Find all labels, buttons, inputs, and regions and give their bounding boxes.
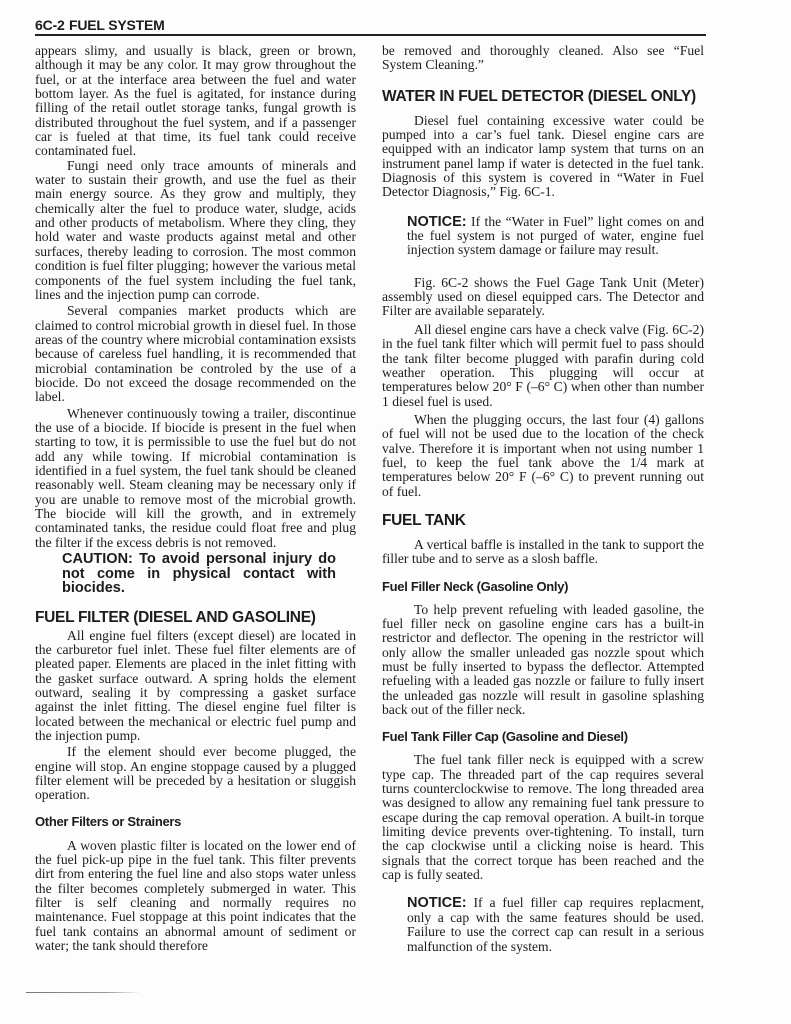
paragraph-check-valve: All diesel engine cars have a check valv…	[382, 323, 704, 409]
paragraph-fig-6c2: Fig. 6C-2 shows the Fuel Gage Tank Unit …	[382, 276, 704, 319]
paragraph-leaded-gasoline: To help prevent refueling with leaded ga…	[382, 603, 704, 718]
left-column: appears slimy, and usually is black, gre…	[35, 44, 356, 953]
page-header: 6C-2 FUEL SYSTEM	[35, 14, 706, 36]
paragraph-continued: be removed and thoroughly cleaned. Also …	[382, 44, 704, 73]
right-column: be removed and thoroughly cleaned. Also …	[382, 44, 704, 954]
paragraph-diesel-water: Diesel fuel containing excessive water c…	[382, 114, 704, 200]
paragraph-towing-trailer: Whenever continuously towing a trailer, …	[35, 407, 356, 550]
notice-filler-cap: NOTICE: If a fuel filler cap requires re…	[382, 896, 704, 953]
paragraph-fuel-filter-location: All engine fuel filters (except diesel) …	[35, 629, 356, 744]
paragraph-element-plugged: If the element should ever become plugge…	[35, 745, 356, 802]
paragraph-fungal-growth: appears slimy, and usually is black, gre…	[35, 44, 356, 159]
caution-biocides: CAUTION: To avoid personal injury do not…	[35, 552, 356, 596]
paragraph-fungi-minerals: Fungi need only trace amounts of mineral…	[35, 159, 356, 302]
paragraph-woven-filter: A woven plastic filter is located on the…	[35, 839, 356, 954]
footer-rule	[26, 992, 141, 993]
paragraph-vertical-baffle: A vertical baffle is installed in the ta…	[382, 538, 704, 567]
paragraph-last-four-gallons: When the plugging occurs, the last four …	[382, 413, 704, 499]
page-number: 6C-2	[35, 17, 65, 33]
heading-fuel-filler-neck: Fuel Filler Neck (Gasoline Only)	[382, 579, 704, 595]
paragraph-biocide-products: Several companies market products which …	[35, 304, 356, 404]
heading-other-filters: Other Filters or Strainers	[35, 814, 356, 830]
heading-water-in-fuel-detector: WATER IN FUEL DETECTOR (DIESEL ONLY)	[382, 88, 704, 106]
heading-fuel-tank-filler-cap: Fuel Tank Filler Cap (Gasoline and Diese…	[382, 729, 704, 745]
paragraph-screw-cap: The fuel tank filler neck is equipped wi…	[382, 753, 704, 882]
section-title: FUEL SYSTEM	[69, 17, 165, 33]
notice-water-in-fuel: NOTICE: If the “Water in Fuel” light com…	[382, 215, 704, 258]
heading-fuel-tank: FUEL TANK	[382, 512, 704, 530]
heading-fuel-filter: FUEL FILTER (DIESEL AND GASOLINE)	[35, 609, 356, 627]
